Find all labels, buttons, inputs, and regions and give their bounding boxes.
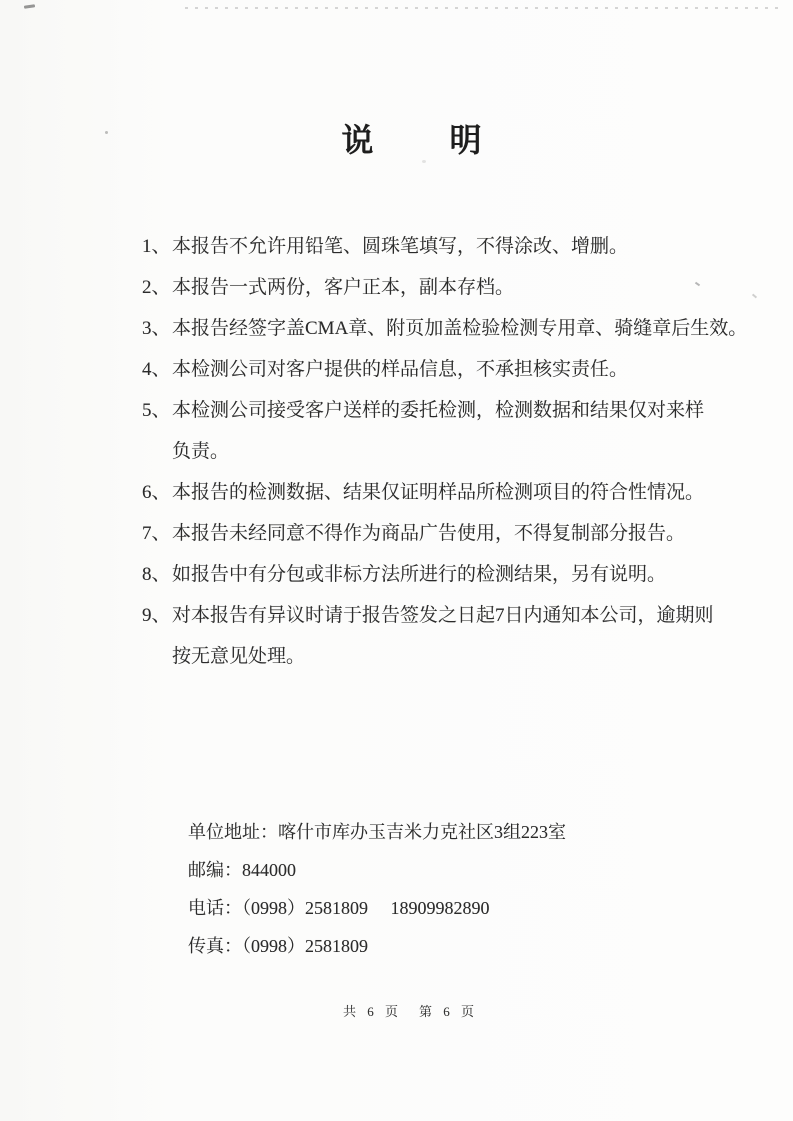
- fax-value: （0998）2581809: [242, 936, 368, 956]
- contact-postcode-line: 邮编：844000: [188, 851, 566, 889]
- contact-fax-line: 传真：（0998）2581809: [188, 927, 566, 965]
- note-number: 1、: [142, 226, 171, 267]
- note-text-continuation: 按无意见处理。: [172, 636, 747, 677]
- page-title: 说 明: [17, 120, 793, 160]
- note-number: 4、: [142, 349, 171, 390]
- note-text-continuation: 负责。: [172, 431, 747, 472]
- note-number: 5、: [142, 390, 171, 431]
- scan-artifact-top-band: [185, 7, 785, 9]
- note-text: 本报告一式两份，客户正本，副本存档。: [172, 267, 747, 308]
- note-item-3: 3、 本报告经签字盖CMA章、附页加盖检验检测专用章、骑缝章后生效。: [142, 308, 747, 349]
- note-number: 2、: [142, 267, 171, 308]
- note-number: 6、: [142, 472, 171, 513]
- note-item-6: 6、 本报告的检测数据、结果仅证明样品所检测项目的符合性情况。: [142, 472, 747, 513]
- address-label: 单位地址：: [188, 822, 278, 842]
- note-number: 7、: [142, 513, 171, 554]
- note-item-2: 2、 本报告一式两份，客户正本，副本存档。: [142, 267, 747, 308]
- document-page: 说 明 1、 本报告不允许用铅笔、圆珠笔填写，不得涂改、增删。 2、 本报告一式…: [0, 0, 793, 1121]
- contact-phone-line: 电话：（0998）2581809 18909982890: [188, 889, 566, 927]
- scan-artifact-dot: [422, 160, 426, 163]
- address-value: 喀什市库办玉吉米力克社区3组223室: [278, 822, 566, 842]
- note-text: 本报告经签字盖CMA章、附页加盖检验检测专用章、骑缝章后生效。: [172, 308, 747, 349]
- note-text: 本检测公司接受客户送样的委托检测，检测数据和结果仅对来样: [172, 390, 747, 431]
- fax-label: 传真：: [188, 936, 242, 956]
- note-item-9: 9、 对本报告有异议时请于报告签发之日起7日内通知本公司，逾期则 按无意见处理。: [142, 595, 747, 677]
- note-text: 本报告不允许用铅笔、圆珠笔填写，不得涂改、增删。: [172, 226, 747, 267]
- postcode-value: 844000: [242, 860, 296, 880]
- note-number: 8、: [142, 554, 171, 595]
- note-item-7: 7、 本报告未经同意不得作为商品广告使用，不得复制部分报告。: [142, 513, 747, 554]
- note-text: 本报告的检测数据、结果仅证明样品所检测项目的符合性情况。: [172, 472, 747, 513]
- phone-value: （0998）2581809 18909982890: [242, 898, 490, 918]
- note-item-1: 1、 本报告不允许用铅笔、圆珠笔填写，不得涂改、增删。: [142, 226, 747, 267]
- phone-label: 电话：: [188, 898, 242, 918]
- contact-address-line: 单位地址：喀什市库办玉吉米力克社区3组223室: [188, 813, 566, 851]
- note-text: 本检测公司对客户提供的样品信息，不承担核实责任。: [172, 349, 747, 390]
- note-text: 对本报告有异议时请于报告签发之日起7日内通知本公司，逾期则: [172, 595, 747, 636]
- postcode-label: 邮编：: [188, 860, 242, 880]
- notes-list: 1、 本报告不允许用铅笔、圆珠笔填写，不得涂改、增删。 2、 本报告一式两份，客…: [142, 226, 747, 677]
- page-footer: 共 6 页 第 6 页: [14, 1002, 793, 1022]
- note-item-8: 8、 如报告中有分包或非标方法所进行的检测结果，另有说明。: [142, 554, 747, 595]
- note-number: 3、: [142, 308, 171, 349]
- note-text: 本报告未经同意不得作为商品广告使用，不得复制部分报告。: [172, 513, 747, 554]
- scan-artifact-corner-dash: [24, 4, 35, 9]
- note-item-5: 5、 本检测公司接受客户送样的委托检测，检测数据和结果仅对来样 负责。: [142, 390, 747, 472]
- note-number: 9、: [142, 595, 171, 636]
- contact-block: 单位地址：喀什市库办玉吉米力克社区3组223室 邮编：844000 电话：（09…: [188, 813, 566, 965]
- scan-artifact-tick: [752, 294, 757, 299]
- note-item-4: 4、 本检测公司对客户提供的样品信息，不承担核实责任。: [142, 349, 747, 390]
- note-text: 如报告中有分包或非标方法所进行的检测结果，另有说明。: [172, 554, 747, 595]
